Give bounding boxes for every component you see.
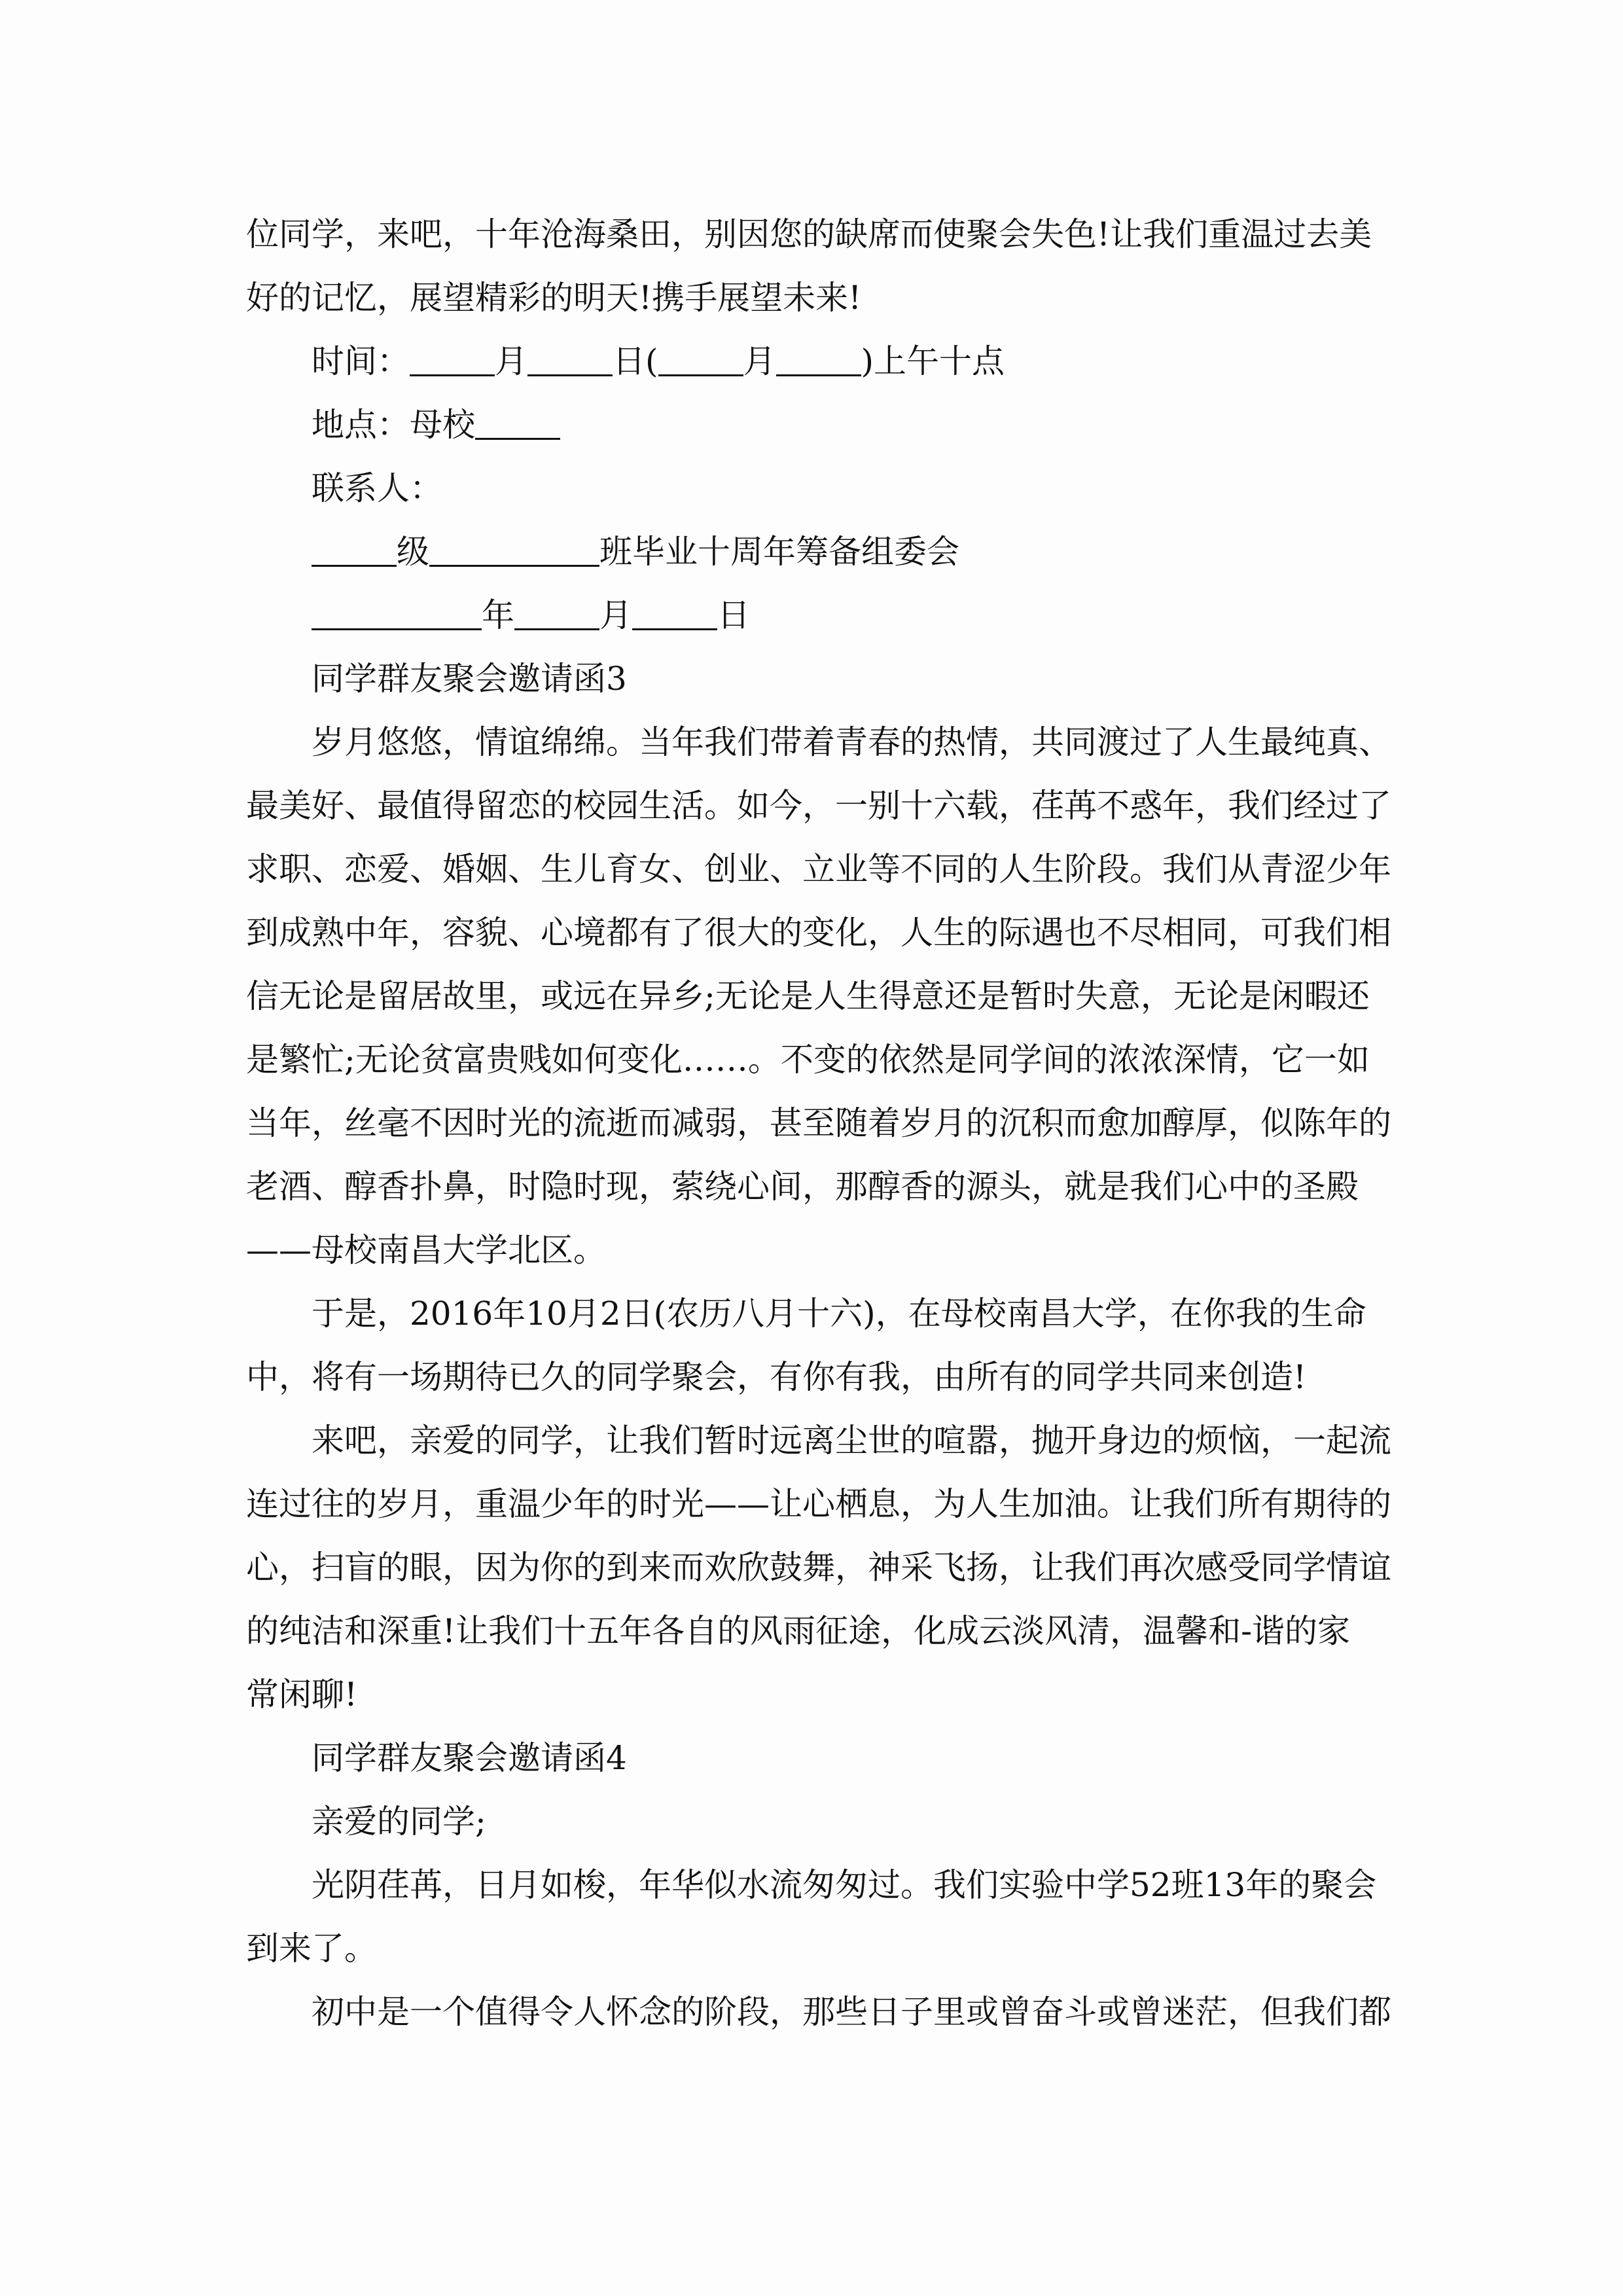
contact-line: 联系人： (312, 457, 442, 520)
paragraph-line: 心，扫盲的眼，因为你的到来而欢欣鼓舞，神采飞扬，让我们再次感受同学情谊 (246, 1536, 1391, 1599)
paragraph-line: ——母校南昌大学北区。 (246, 1219, 606, 1282)
month-label: 月 (599, 596, 632, 634)
day-label: 日 (717, 596, 750, 634)
letter3-title: 同学群友聚会邀请函3 (312, 647, 627, 710)
paragraph-line: 求职、恋爱、婚姻、生儿育女、创业、立业等不同的人生阶段。我们从青涩少年 (246, 838, 1391, 901)
time-line: 时间：月日(月)上午十点 (312, 330, 1005, 393)
paragraph-line: 老酒、醇香扑鼻，时隐时现，萦绕心间，那醇香的源头，就是我们心中的圣殿 (246, 1155, 1359, 1218)
paragraph-line: 当年，丝毫不因时光的流逝而减弱，甚至随着岁月的沉积而愈加醇厚，似陈年的 (246, 1092, 1391, 1155)
paragraph-line: 中，将有一场期待已久的同学聚会，有你有我，由所有的同学共同来创造! (246, 1346, 1306, 1408)
paragraph-line: 岁月悠悠，情谊绵绵。当年我们带着青春的热情，共同渡过了人生最纯真、 (312, 711, 1391, 774)
paragraph-line: 连过往的岁月，重温少年的时光——让心栖息，为人生加油。让我们所有期待的 (246, 1473, 1391, 1535)
blank-field (475, 409, 560, 440)
blank-field (658, 346, 743, 376)
blank-field (429, 536, 599, 567)
place-line: 地点：母校 (312, 393, 560, 456)
paragraph-line: 于是，2016年10月2日(农历八月十六)，在母校南昌大学，在你我的生命 (312, 1282, 1366, 1345)
paragraph-line: 最美好、最值得留恋的校园生活。如今，一别十六载，荏苒不惑年，我们经过了 (246, 774, 1391, 837)
year-label: 年 (482, 596, 514, 634)
blank-field (632, 600, 717, 630)
time-label: 时间： (312, 342, 410, 380)
lunar-month-label: 月 (743, 342, 776, 380)
blank-field (776, 346, 861, 376)
letter4-title: 同学群友聚会邀请函4 (312, 1727, 627, 1789)
place-label: 地点：母校 (312, 406, 475, 444)
paragraph-line: 位同学，来吧，十年沧海桑田，别因您的缺席而使聚会失色!让我们重温过去美 (246, 203, 1372, 266)
blank-field (527, 346, 613, 376)
paragraph-line: 初中是一个值得令人怀念的阶段，那些日子里或曾奋斗或曾迷茫，但我们都 (312, 1981, 1391, 2043)
paragraph-line: 的纯洁和深重!让我们十五年各自的风雨征途，化成云淡风清，温馨和-谐的家 (246, 1600, 1350, 1662)
greeting-line: 亲爱的同学; (312, 1790, 486, 1853)
time-suffix: )上午十点 (861, 342, 1005, 380)
blank-field (312, 600, 482, 630)
grade-label: 级 (397, 533, 429, 571)
blank-field (514, 600, 599, 630)
paragraph-line: 是繁忙;无论贫富贵贱如何变化……。不变的依然是同学间的浓浓深情，它一如 (246, 1028, 1370, 1091)
blank-field (410, 346, 495, 376)
paragraph-line: 到来了。 (246, 1917, 377, 1980)
blank-field (312, 536, 397, 567)
committee-label: 班毕业十周年筹备组委会 (599, 533, 959, 571)
paragraph-line: 好的记忆，展望精彩的明天!携手展望未来! (246, 266, 861, 329)
day-label: 日( (613, 342, 658, 380)
paragraph-line: 来吧，亲爱的同学，让我们暂时远离尘世的喧嚣，抛开身边的烦恼，一起流 (312, 1409, 1391, 1472)
paragraph-line: 信无论是留居故里，或远在异乡;无论是人生得意还是暂时失意，无论是闲暇还 (246, 965, 1370, 1028)
signature-date-line: 年月日 (312, 584, 750, 647)
paragraph-line: 光阴荏苒，日月如梭，年华似水流匆匆过。我们实验中学52班13年的聚会 (312, 1854, 1376, 1916)
paragraph-line: 常闲聊! (246, 1663, 357, 1726)
month-label: 月 (495, 342, 527, 380)
paragraph-line: 到成熟中年，容貌、心境都有了很大的变化，人生的际遇也不尽相同，可我们相 (246, 901, 1391, 964)
committee-line: 级班毕业十周年筹备组委会 (312, 520, 959, 583)
